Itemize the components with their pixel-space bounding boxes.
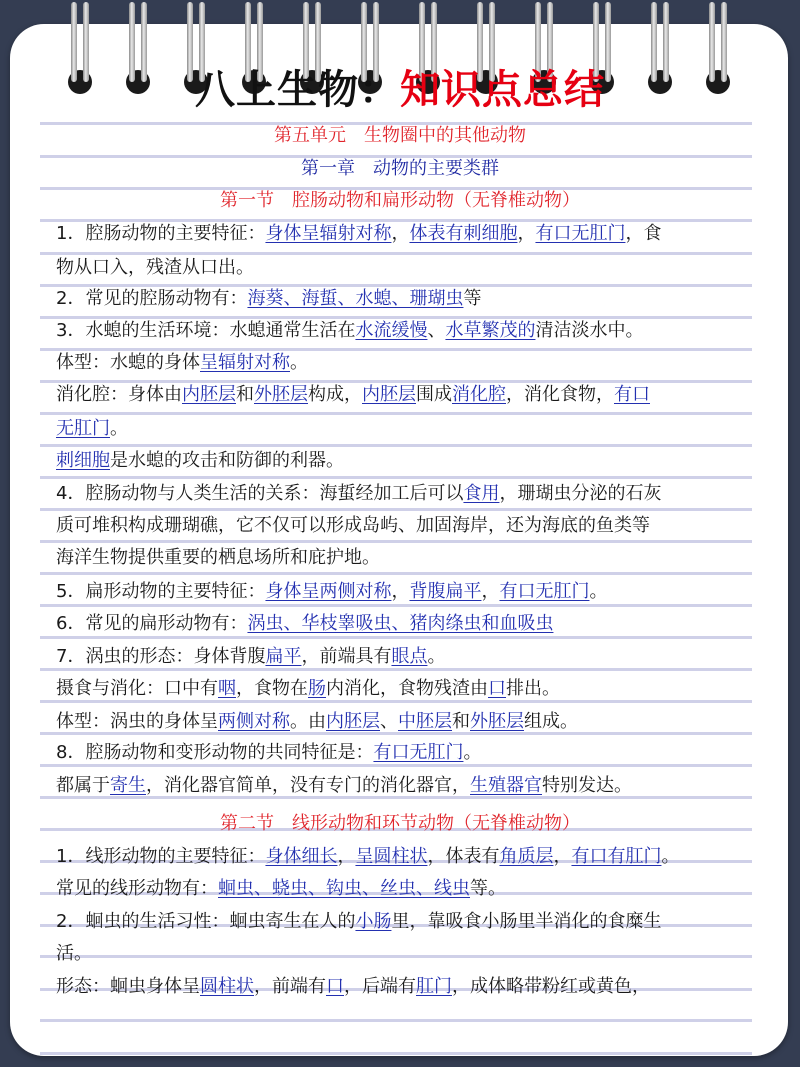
- key-term: 咽: [218, 678, 236, 699]
- note-text: 等。: [470, 878, 506, 899]
- ruled-line: [40, 540, 752, 543]
- note-text: ，体表有: [427, 846, 499, 867]
- note-line: 6．常见的扁形动物有：涡虫、华枝睾吸虫、猪肉绦虫和血吸虫: [56, 612, 756, 636]
- note-text: 、: [427, 320, 445, 341]
- ruled-line: [40, 444, 752, 447]
- note-text: 常见的线形动物有：: [56, 878, 218, 899]
- note-line: 4．腔肠动物与人类生活的关系：海蜇经加工后可以食用，珊瑚虫分泌的石灰: [56, 482, 756, 506]
- title-highlight: 知识点总结: [400, 66, 605, 113]
- key-term: 体表有刺细胞: [409, 223, 517, 244]
- page-title: 八上生物：知识点总结: [0, 62, 800, 118]
- note-line: 摄食与消化：口中有咽，食物在肠内消化，食物残渣由口排出。: [56, 677, 756, 701]
- note-line: 7．涡虫的形态：身体背腹扁平，前端具有眼点。: [56, 645, 756, 669]
- key-term: 有口无肛门: [373, 742, 463, 763]
- note-line: 2．蛔虫的生活习性：蛔虫寄生在人的小肠里，靠吸食小肠里半消化的食糜生: [56, 910, 756, 934]
- note-text: ，珊瑚虫分泌的石灰: [499, 483, 661, 504]
- note-text: 构成，: [308, 384, 362, 405]
- note-line: 1．线形动物的主要特征：身体细长，呈圆柱状，体表有角质层，有口有肛门。: [56, 845, 756, 869]
- note-text: 里，靠吸食小肠里半消化的食糜生: [391, 911, 661, 932]
- key-term: 有口无肛门: [499, 581, 589, 602]
- note-text: ，: [391, 223, 409, 244]
- note-text: 等: [463, 288, 481, 309]
- note-text: 3．水螅的生活环境：水螅通常生活在: [56, 320, 355, 341]
- key-term: 消化腔: [452, 384, 506, 405]
- note-text: 7．涡虫的形态：身体背腹: [56, 646, 265, 667]
- note-text: 、: [380, 711, 398, 732]
- note-line: 1．腔肠动物的主要特征：身体呈辐射对称，体表有刺细胞，有口无肛门，食: [56, 222, 756, 246]
- key-term: 外胚层: [254, 384, 308, 405]
- note-line: 8．腔肠动物和变形动物的共同特征是：有口无肛门。: [56, 741, 756, 765]
- key-term: 角质层: [499, 846, 553, 867]
- note-text: 。: [290, 352, 308, 373]
- note-line: 常见的线形动物有：蛔虫、蛲虫、钩虫、丝虫、线虫等。: [56, 877, 756, 901]
- key-term: 生殖器官: [470, 775, 542, 796]
- note-text: 海洋生物提供重要的栖息场所和庇护地。: [56, 547, 380, 568]
- note-text: ，: [337, 846, 355, 867]
- key-term: 身体细长: [265, 846, 337, 867]
- note-text: 都属于: [56, 775, 110, 796]
- key-term: 呈辐射对称: [200, 352, 290, 373]
- key-term: 寄生: [110, 775, 146, 796]
- note-text: 体型：水螅的身体: [56, 352, 200, 373]
- note-text: 排出。: [506, 678, 560, 699]
- note-text: 围成: [416, 384, 452, 405]
- key-term: 圆柱状: [200, 976, 254, 997]
- note-text: ，食: [625, 223, 661, 244]
- key-term: 口: [488, 678, 506, 699]
- note-text: 组成。: [524, 711, 578, 732]
- note-line: 物从口入，残渣从口出。: [56, 256, 756, 280]
- ruled-line: [40, 508, 752, 511]
- key-term: 无肛门: [56, 418, 110, 439]
- note-text: ，食物在: [236, 678, 308, 699]
- note-line: 形态：蛔虫身体呈圆柱状，前端有口，后端有肛门，成体略带粉红或黄色，: [56, 975, 756, 999]
- note-line: 海洋生物提供重要的栖息场所和庇护地。: [56, 546, 756, 570]
- note-text: ，: [553, 846, 571, 867]
- note-line: 2．常见的腔肠动物有：海葵、海蜇、水螅、珊瑚虫等: [56, 287, 756, 311]
- key-term: 肛门: [416, 976, 452, 997]
- note-text: ，消化食物，: [506, 384, 614, 405]
- note-text: 。: [463, 742, 481, 763]
- key-term: 食用: [463, 483, 499, 504]
- note-line: 体型：水螅的身体呈辐射对称。: [56, 351, 756, 375]
- key-term: 内胚层: [182, 384, 236, 405]
- key-term: 小肠: [355, 911, 391, 932]
- note-line: 刺细胞是水螅的攻击和防御的利器。: [56, 449, 756, 473]
- note-line: 体型：涡虫的身体呈两侧对称。由内胚层、中胚层和外胚层组成。: [56, 710, 756, 734]
- note-line: 都属于寄生，消化器官简单，没有专门的消化器官，生殖器官特别发达。: [56, 774, 756, 798]
- ruled-line: [40, 572, 752, 575]
- note-text: 形态：蛔虫身体呈: [56, 976, 200, 997]
- key-term: 肠: [308, 678, 326, 699]
- key-term: 刺细胞: [56, 450, 110, 471]
- note-line: 无肛门。: [56, 417, 756, 441]
- note-text: 特别发达。: [542, 775, 632, 796]
- note-text: 4．腔肠动物与人类生活的关系：海蜇经加工后可以: [56, 483, 463, 504]
- unit-heading: 第五单元 生物圈中的其他动物: [0, 124, 800, 148]
- note-text: 活。: [56, 943, 92, 964]
- note-text: 质可堆积构成珊瑚礁，它不仅可以形成岛屿、加固海岸，还为海底的鱼类等: [56, 515, 650, 536]
- key-term: 外胚层: [470, 711, 524, 732]
- note-text: 和: [236, 384, 254, 405]
- note-text: 清洁淡水中。: [535, 320, 643, 341]
- note-text: ，前端有: [254, 976, 326, 997]
- key-term: 有口无肛门: [535, 223, 625, 244]
- key-term: 身体呈辐射对称: [265, 223, 391, 244]
- note-text: ，: [391, 581, 409, 602]
- note-text: 是水螅的攻击和防御的利器。: [110, 450, 344, 471]
- note-text: 物从口入，残渣从口出。: [56, 257, 254, 278]
- chapter-heading: 第一章 动物的主要类群: [0, 157, 800, 181]
- note-text: 摄食与消化：口中有: [56, 678, 218, 699]
- ruled-line: [40, 604, 752, 607]
- note-text: 8．腔肠动物和变形动物的共同特征是：: [56, 742, 373, 763]
- key-term: 有口: [614, 384, 650, 405]
- note-text: ，前端具有: [301, 646, 391, 667]
- key-term: 水草繁茂的: [445, 320, 535, 341]
- note-text: 2．常见的腔肠动物有：: [56, 288, 247, 309]
- key-term: 有口有肛门: [571, 846, 661, 867]
- ruled-line: [40, 412, 752, 415]
- note-text: 消化腔：身体由: [56, 384, 182, 405]
- note-line: 5．扁形动物的主要特征：身体呈两侧对称，背腹扁平，有口无肛门。: [56, 580, 756, 604]
- note-text: 1．线形动物的主要特征：: [56, 846, 265, 867]
- note-text: 。: [589, 581, 607, 602]
- key-term: 口: [326, 976, 344, 997]
- ruled-line: [40, 1019, 752, 1022]
- note-text: 。: [110, 418, 128, 439]
- key-term: 内胚层: [362, 384, 416, 405]
- key-term: 身体呈两侧对称: [265, 581, 391, 602]
- note-text: 2．蛔虫的生活习性：蛔虫寄生在人的: [56, 911, 355, 932]
- note-text: ，消化器官简单，没有专门的消化器官，: [146, 775, 470, 796]
- ruled-line: [40, 252, 752, 255]
- note-text: 。由: [290, 711, 326, 732]
- ruled-line: [40, 636, 752, 639]
- note-text: 和: [452, 711, 470, 732]
- key-term: 扁平: [265, 646, 301, 667]
- note-text: 。: [661, 846, 679, 867]
- note-text: 1．腔肠动物的主要特征：: [56, 223, 265, 244]
- note-text: ，: [481, 581, 499, 602]
- section-heading-2: 第二节 线形动物和环节动物（无脊椎动物）: [0, 812, 800, 836]
- note-line: 3．水螅的生活环境：水螅通常生活在水流缓慢、水草繁茂的清洁淡水中。: [56, 319, 756, 343]
- note-line: 消化腔：身体由内胚层和外胚层构成，内胚层围成消化腔，消化食物，有口: [56, 383, 756, 407]
- key-term: 眼点: [391, 646, 427, 667]
- key-term: 内胚层: [326, 711, 380, 732]
- key-term: 涡虫、华枝睾吸虫、猪肉绦虫和血吸虫: [247, 613, 553, 634]
- note-text: 5．扁形动物的主要特征：: [56, 581, 265, 602]
- note-text: ，后端有: [344, 976, 416, 997]
- key-term: 海葵、海蜇、水螅、珊瑚虫: [247, 288, 463, 309]
- key-term: 中胚层: [398, 711, 452, 732]
- key-term: 水流缓慢: [355, 320, 427, 341]
- ruled-line: [40, 476, 752, 479]
- key-term: 呈圆柱状: [355, 846, 427, 867]
- note-text: 体型：涡虫的身体呈: [56, 711, 218, 732]
- note-text: ，成体略带粉红或黄色，: [452, 976, 650, 997]
- section-heading-1: 第一节 腔肠动物和扁形动物（无脊椎动物）: [0, 189, 800, 213]
- note-text: 内消化，食物残渣由: [326, 678, 488, 699]
- note-text: 6．常见的扁形动物有：: [56, 613, 247, 634]
- title-subject: 八上生物：: [195, 66, 400, 113]
- key-term: 背腹扁平: [409, 581, 481, 602]
- note-line: 活。: [56, 942, 756, 966]
- note-line: 质可堆积构成珊瑚礁，它不仅可以形成岛屿、加固海岸，还为海底的鱼类等: [56, 514, 756, 538]
- note-text: ，: [517, 223, 535, 244]
- key-term: 蛔虫、蛲虫、钩虫、丝虫、线虫: [218, 878, 470, 899]
- ruled-line: [40, 1052, 752, 1055]
- key-term: 两侧对称: [218, 711, 290, 732]
- note-text: 。: [427, 646, 445, 667]
